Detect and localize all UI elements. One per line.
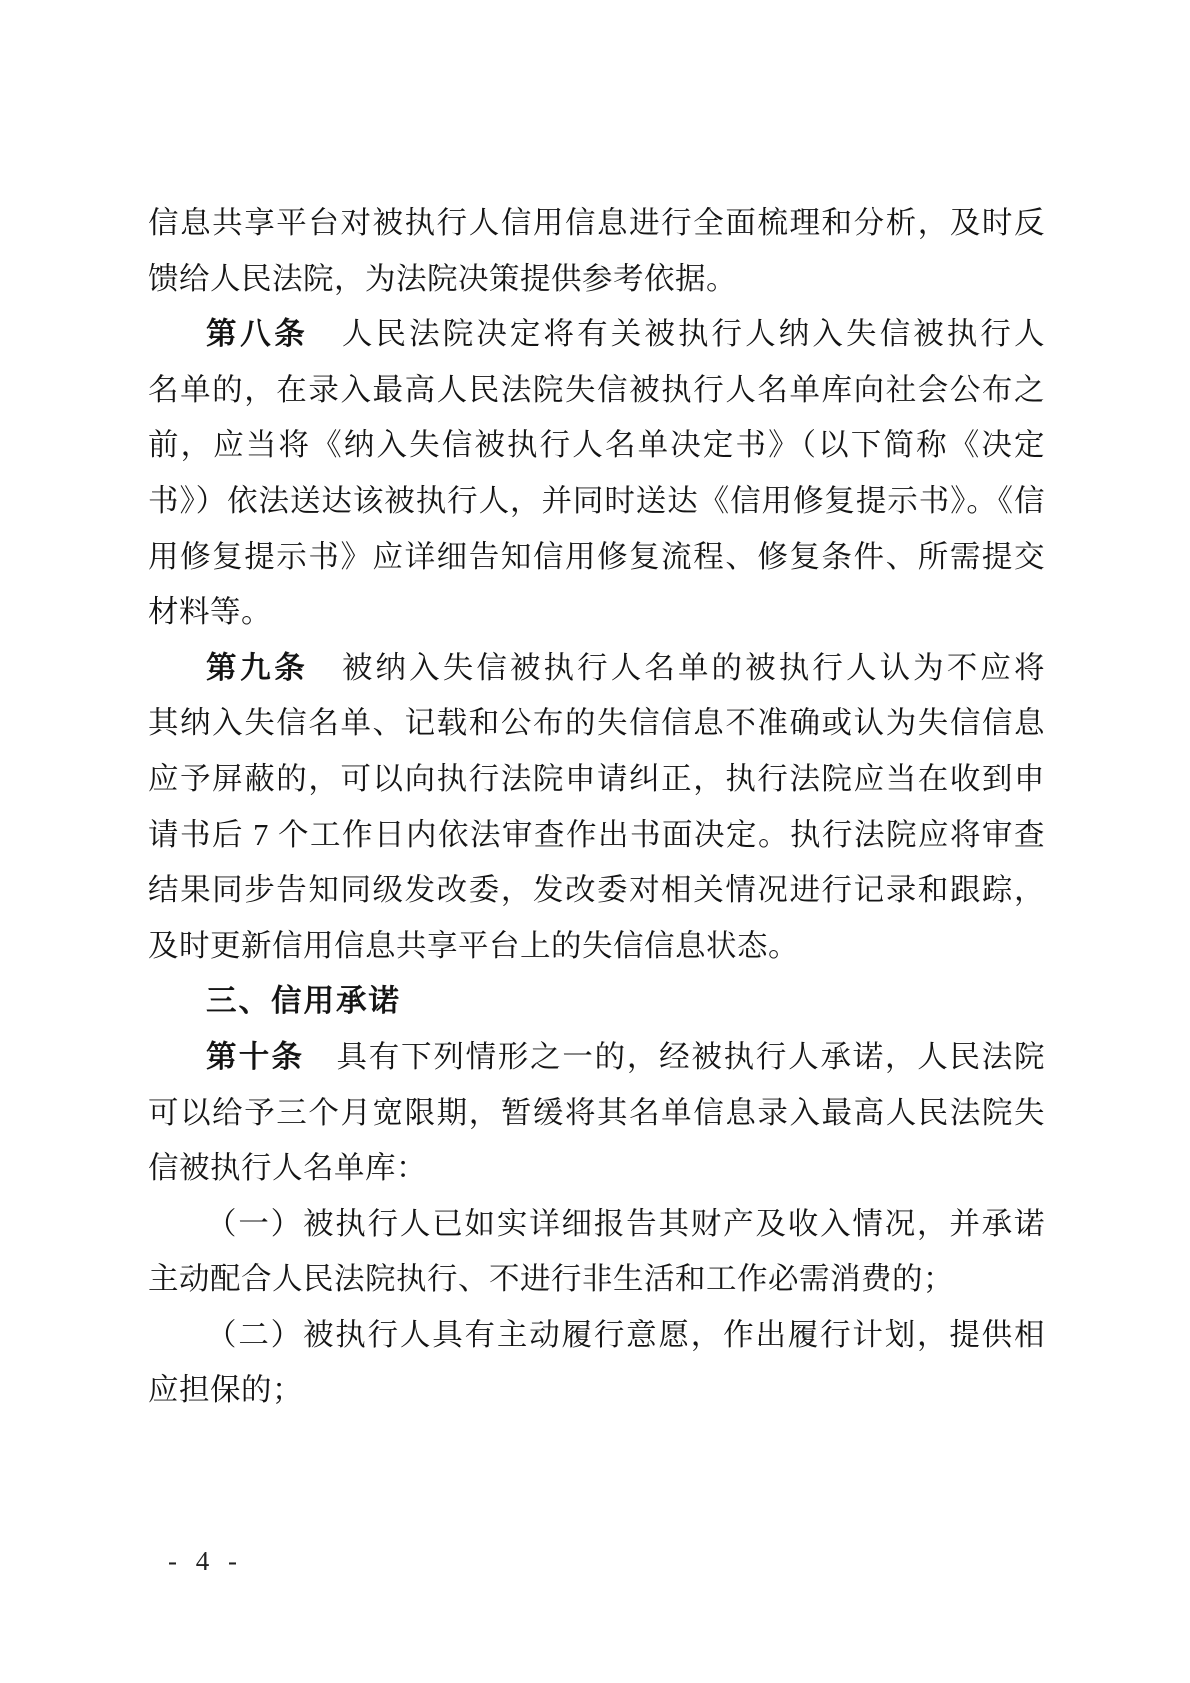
- document-body: 信息共享平台对被执行人信用信息进行全面梳理和分析，及时反 馈给人民法院，为法院决…: [148, 196, 1045, 1419]
- doc-line: 应予屏蔽的，可以向执行法院申请纠正，执行法院应当在收到申: [148, 752, 1045, 808]
- item-1-line: （一）被执行人已如实详细报告其财产及收入情况，并承诺: [148, 1197, 1045, 1253]
- line-text: 信息共享平台对被执行人信用信息进行全面梳理和分析，及时反: [148, 206, 1045, 240]
- article-10-line: 第十条 具有下列情形之一的，经被执行人承诺，人民法院: [148, 1030, 1045, 1086]
- line-text: 前，应当将《纳入失信被执行人名单决定书》（以下简称《决定: [148, 428, 1045, 462]
- doc-line: 结果同步告知同级发改委，发改委对相关情况进行记录和跟踪，: [148, 863, 1045, 919]
- doc-line: 信息共享平台对被执行人信用信息进行全面梳理和分析，及时反: [148, 196, 1045, 252]
- line-text: 结果同步告知同级发改委，发改委对相关情况进行记录和跟踪，: [148, 873, 1045, 907]
- line-text: 可以给予三个月宽限期，暂缓将其名单信息录入最高人民法院失: [148, 1096, 1045, 1130]
- line-text: 应予屏蔽的，可以向执行法院申请纠正，执行法院应当在收到申: [148, 762, 1045, 796]
- section-heading: 三、信用承诺: [148, 974, 1045, 1030]
- doc-line: 用修复提示书》应详细告知信用修复流程、修复条件、所需提交: [148, 530, 1045, 586]
- line-text: 用修复提示书》应详细告知信用修复流程、修复条件、所需提交: [148, 540, 1045, 574]
- line-text: （一）被执行人已如实详细报告其财产及收入情况，并承诺: [206, 1207, 1045, 1241]
- doc-line: 主动配合人民法院执行、不进行非生活和工作必需消费的；: [148, 1252, 1045, 1308]
- doc-line: 材料等。: [148, 585, 1045, 641]
- article-8-line: 第八条 人民法院决定将有关被执行人纳入失信被执行人: [148, 307, 1045, 363]
- document-page: 信息共享平台对被执行人信用信息进行全面梳理和分析，及时反 馈给人民法院，为法院决…: [0, 0, 1190, 1683]
- doc-line: 馈给人民法院，为法院决策提供参考依据。: [148, 252, 1045, 308]
- line-text: 名单的，在录入最高人民法院失信被执行人名单库向社会公布之: [148, 373, 1045, 407]
- line-text: 及时更新信用信息共享平台上的失信信息状态。: [148, 929, 799, 963]
- doc-line: 请书后 7 个工作日内依法审查作出书面决定。执行法院应将审查: [148, 808, 1045, 864]
- item-2-line: （二）被执行人具有主动履行意愿，作出履行计划，提供相: [148, 1308, 1045, 1364]
- line-text: 请书后 7 个工作日内依法审查作出书面决定。执行法院应将审查: [148, 818, 1045, 852]
- doc-line: 名单的，在录入最高人民法院失信被执行人名单库向社会公布之: [148, 363, 1045, 419]
- line-text: 具有下列情形之一的，经被执行人承诺，人民法院: [304, 1040, 1045, 1074]
- article-10-number: 第十条: [206, 1040, 304, 1074]
- line-text: （二）被执行人具有主动履行意愿，作出履行计划，提供相: [206, 1318, 1045, 1352]
- line-text: 主动配合人民法院执行、不进行非生活和工作必需消费的；: [148, 1262, 954, 1296]
- doc-line: 及时更新信用信息共享平台上的失信信息状态。: [148, 919, 1045, 975]
- line-text: 被纳入失信被执行人名单的被执行人认为不应将: [308, 651, 1045, 685]
- page-number: - 4 -: [168, 1546, 243, 1577]
- section-heading-text: 三、信用承诺: [206, 984, 401, 1018]
- line-text: 信被执行人名单库：: [148, 1151, 427, 1185]
- article-9-line: 第九条 被纳入失信被执行人名单的被执行人认为不应将: [148, 641, 1045, 697]
- line-text: 材料等。: [148, 595, 272, 629]
- line-text: 馈给人民法院，为法院决策提供参考依据。: [148, 262, 737, 296]
- line-text: 其纳入失信名单、记载和公布的失信信息不准确或认为失信信息: [148, 706, 1045, 740]
- doc-line: 前，应当将《纳入失信被执行人名单决定书》（以下简称《决定: [148, 418, 1045, 474]
- doc-line: 可以给予三个月宽限期，暂缓将其名单信息录入最高人民法院失: [148, 1086, 1045, 1142]
- line-text: 人民法院决定将有关被执行人纳入失信被执行人: [308, 317, 1045, 351]
- doc-line: 书》）依法送达该被执行人，并同时送达《信用修复提示书》。《信: [148, 474, 1045, 530]
- doc-line: 应担保的；: [148, 1363, 1045, 1419]
- doc-line: 其纳入失信名单、记载和公布的失信信息不准确或认为失信信息: [148, 696, 1045, 752]
- line-text: 书》）依法送达该被执行人，并同时送达《信用修复提示书》。《信: [148, 484, 1045, 518]
- doc-line: 信被执行人名单库：: [148, 1141, 1045, 1197]
- article-9-number: 第九条: [206, 651, 308, 685]
- line-text: 应担保的；: [148, 1373, 303, 1407]
- article-8-number: 第八条: [206, 317, 308, 351]
